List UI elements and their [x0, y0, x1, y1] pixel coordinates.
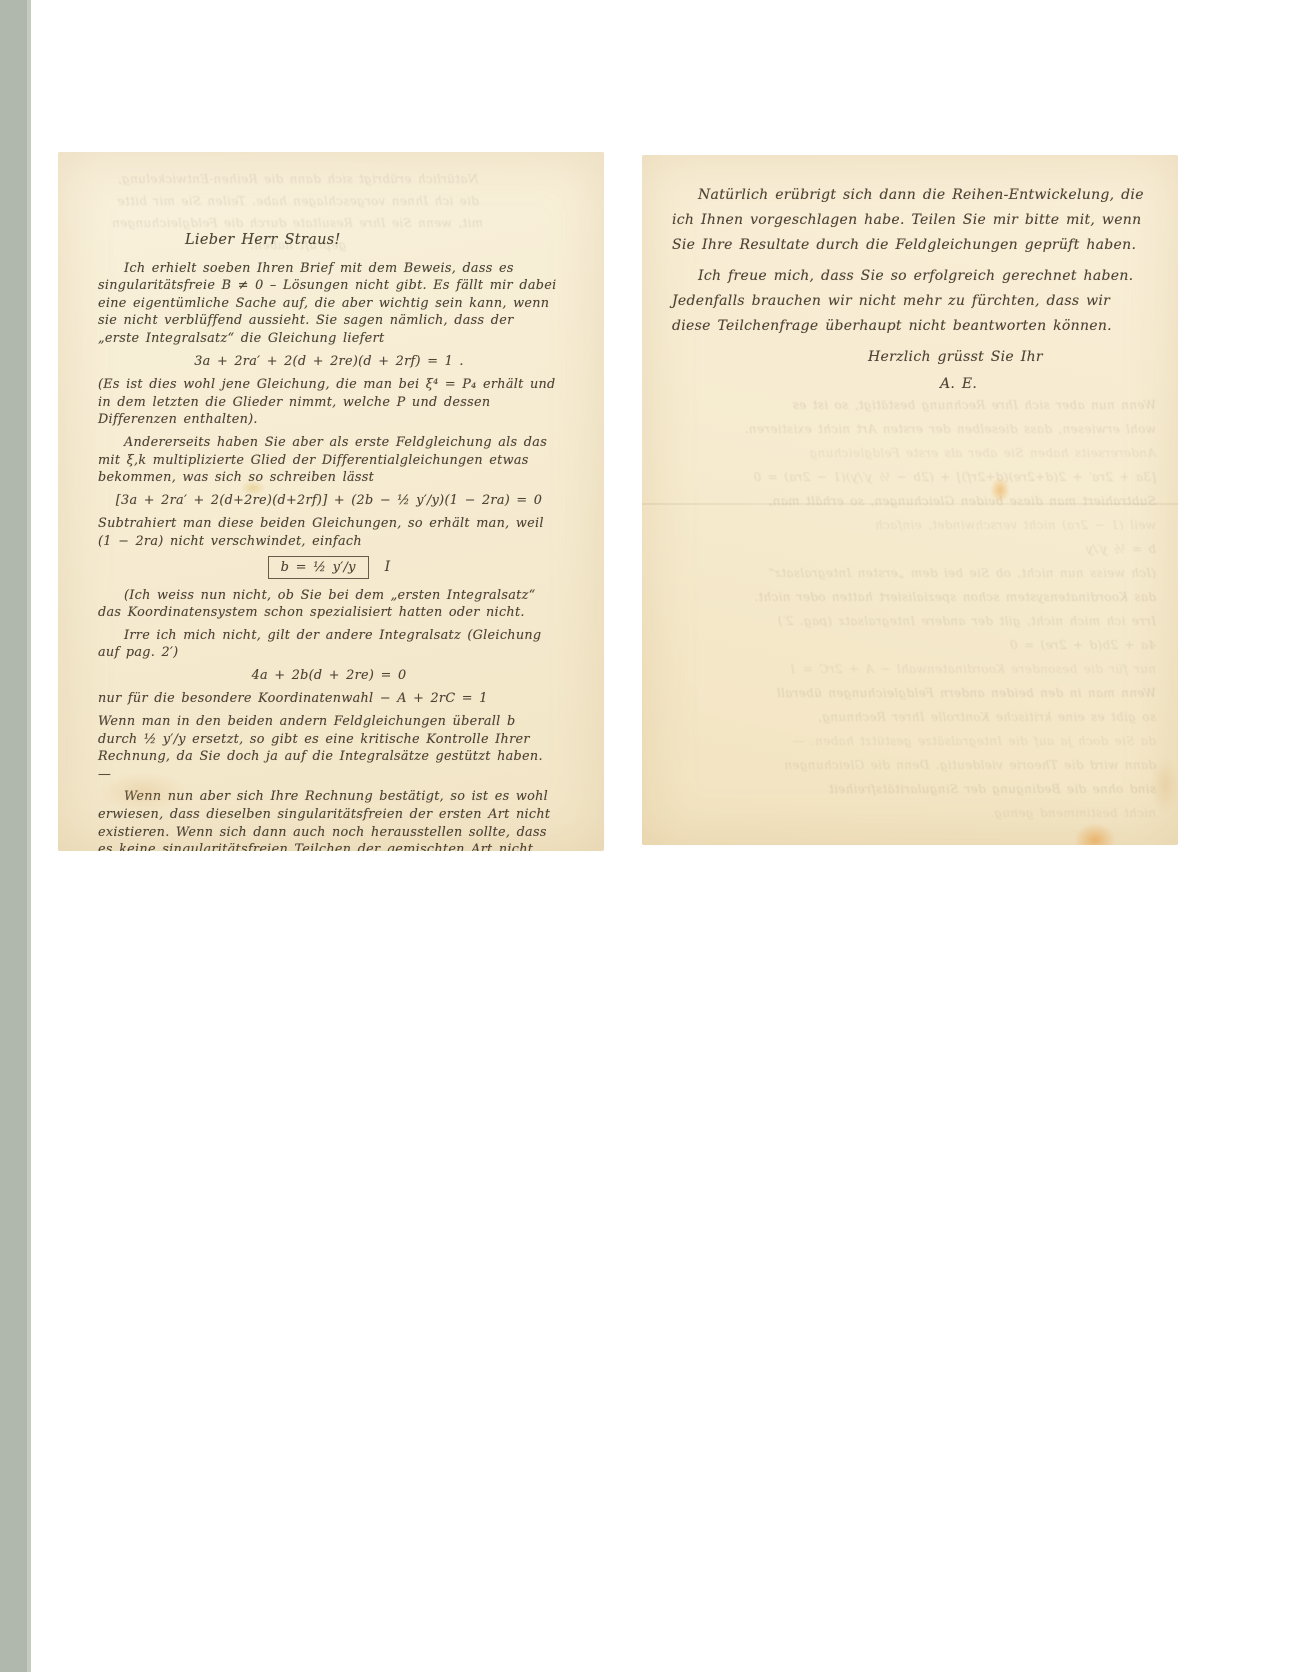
bleedthrough-line: sind ohne die Bedingung der Singularität…: [682, 777, 1156, 801]
handwritten-paragraph: Irre ich mich nicht, gilt der andere Int…: [98, 627, 560, 662]
letter-body-page2: Natürlich erübrigt sich dann die Reihen-…: [672, 183, 1154, 397]
handwritten-paragraph: Ich erhielt soeben Ihren Brief mit dem B…: [98, 260, 560, 348]
paper-stain: [1074, 823, 1116, 845]
bleedthrough-line: b = ½ y′/y: [682, 537, 1156, 561]
bleedthrough-line: mit, wenn Sie Ihre Resultate durch die F…: [113, 212, 483, 234]
letter-closing: Herzlich grüsst Sie Ihr: [868, 345, 1154, 370]
bleedthrough-line: Andererseits haben Sie aber als erste Fe…: [708, 441, 1156, 465]
handwritten-equation: 4a + 2b(d + 2re) = 0: [98, 667, 560, 685]
handwritten-equation: [3a + 2ra′ + 2(d+2re)(d+2rf)] + (2b − ½ …: [98, 492, 560, 510]
bleedthrough-line: die ich Ihnen vorgeschlagen habe. Teilen…: [113, 190, 483, 212]
bleedthrough-line: da Sie doch ja auf die Integralsätze ges…: [708, 729, 1156, 753]
handwritten-paragraph: Natürlich erübrigt sich dann die Reihen-…: [672, 183, 1154, 258]
bleedthrough-line: das Koordinatensystem schon spezialisier…: [708, 585, 1156, 609]
left-border-stripe: [0, 0, 31, 1672]
bleedthrough-line: nicht bestimmend genug.: [708, 801, 1156, 825]
handwritten-paragraph: Andererseits haben Sie aber als erste Fe…: [98, 434, 560, 487]
handwritten-paragraph: Subtrahiert man diese beiden Gleichungen…: [98, 515, 560, 550]
bleedthrough-block-page2: Wenn nun aber sich Ihre Rechnung bestäti…: [656, 393, 1156, 825]
handwritten-paragraph: Wenn nun aber sich Ihre Rechnung bestäti…: [98, 788, 560, 851]
boxed-equation: b = ½ y′/y: [268, 556, 369, 579]
equation-label: I: [385, 559, 391, 575]
letter-page-2: Natürlich erübrigt sich dann die Reihen-…: [642, 155, 1178, 845]
letter-body-page1: Lieber Herr Straus! Ich erhielt soeben I…: [98, 232, 560, 851]
bleedthrough-line: so gibt es eine kritische Kontrolle Ihre…: [656, 705, 1156, 729]
handwritten-paragraph: (Ich weiss nun nicht, ob Sie bei dem „er…: [98, 587, 560, 622]
bleedthrough-line: weil (1 − 2ra) nicht verschwindet, einfa…: [708, 513, 1156, 537]
scanned-letter-canvas: { "colors": { "background": "#ffffff", "…: [0, 0, 1301, 1672]
handwritten-paragraph: Ich freue mich, dass Sie so erfolgreich …: [672, 264, 1154, 339]
handwritten-equation: 3a + 2ra′ + 2(d + 2re)(d + 2rf) = 1 .: [98, 353, 560, 371]
handwritten-paragraph: Wenn man in den beiden andern Feldgleich…: [98, 713, 560, 783]
bleedthrough-line: Natürlich erübrigt sich dann die Reihen-…: [113, 168, 483, 190]
letter-greeting: Lieber Herr Straus!: [185, 232, 560, 250]
bleedthrough-line: wohl erwiesen, dass dieselben der ersten…: [656, 417, 1156, 441]
handwritten-paragraph: nur für die besondere Koordinatenwahl − …: [98, 690, 560, 708]
bleedthrough-line: Wenn man in den beiden andern Feldgleich…: [682, 681, 1156, 705]
bleedthrough-line: Irre ich mich nicht, gilt der andere Int…: [656, 609, 1156, 633]
letter-page-1: Natürlich erübrigt sich dann die Reihen-…: [58, 152, 604, 851]
boxed-equation-row: b = ½ y′/yI: [98, 556, 560, 579]
bleedthrough-line: (Ich weiss nun nicht, ob Sie bei dem „er…: [656, 561, 1156, 585]
signature: A. E.: [940, 372, 1154, 397]
bleedthrough-line: nur für die besondere Koordinatenwahl − …: [708, 657, 1156, 681]
bleedthrough-line: 4a + 2b(d + 2re) = 0: [682, 633, 1156, 657]
bleedthrough-line: [3a + 2ra′ + 2(d+2re)(d+2rf)] + (2b − ½ …: [656, 465, 1156, 489]
handwritten-paragraph: (Es ist dies wohl jene Gleichung, die ma…: [98, 376, 560, 429]
bleedthrough-line: dann wird die Theorie vieldeutig. Denn d…: [656, 753, 1156, 777]
bleedthrough-line: Subtrahiert man diese beiden Gleichungen…: [682, 489, 1156, 513]
